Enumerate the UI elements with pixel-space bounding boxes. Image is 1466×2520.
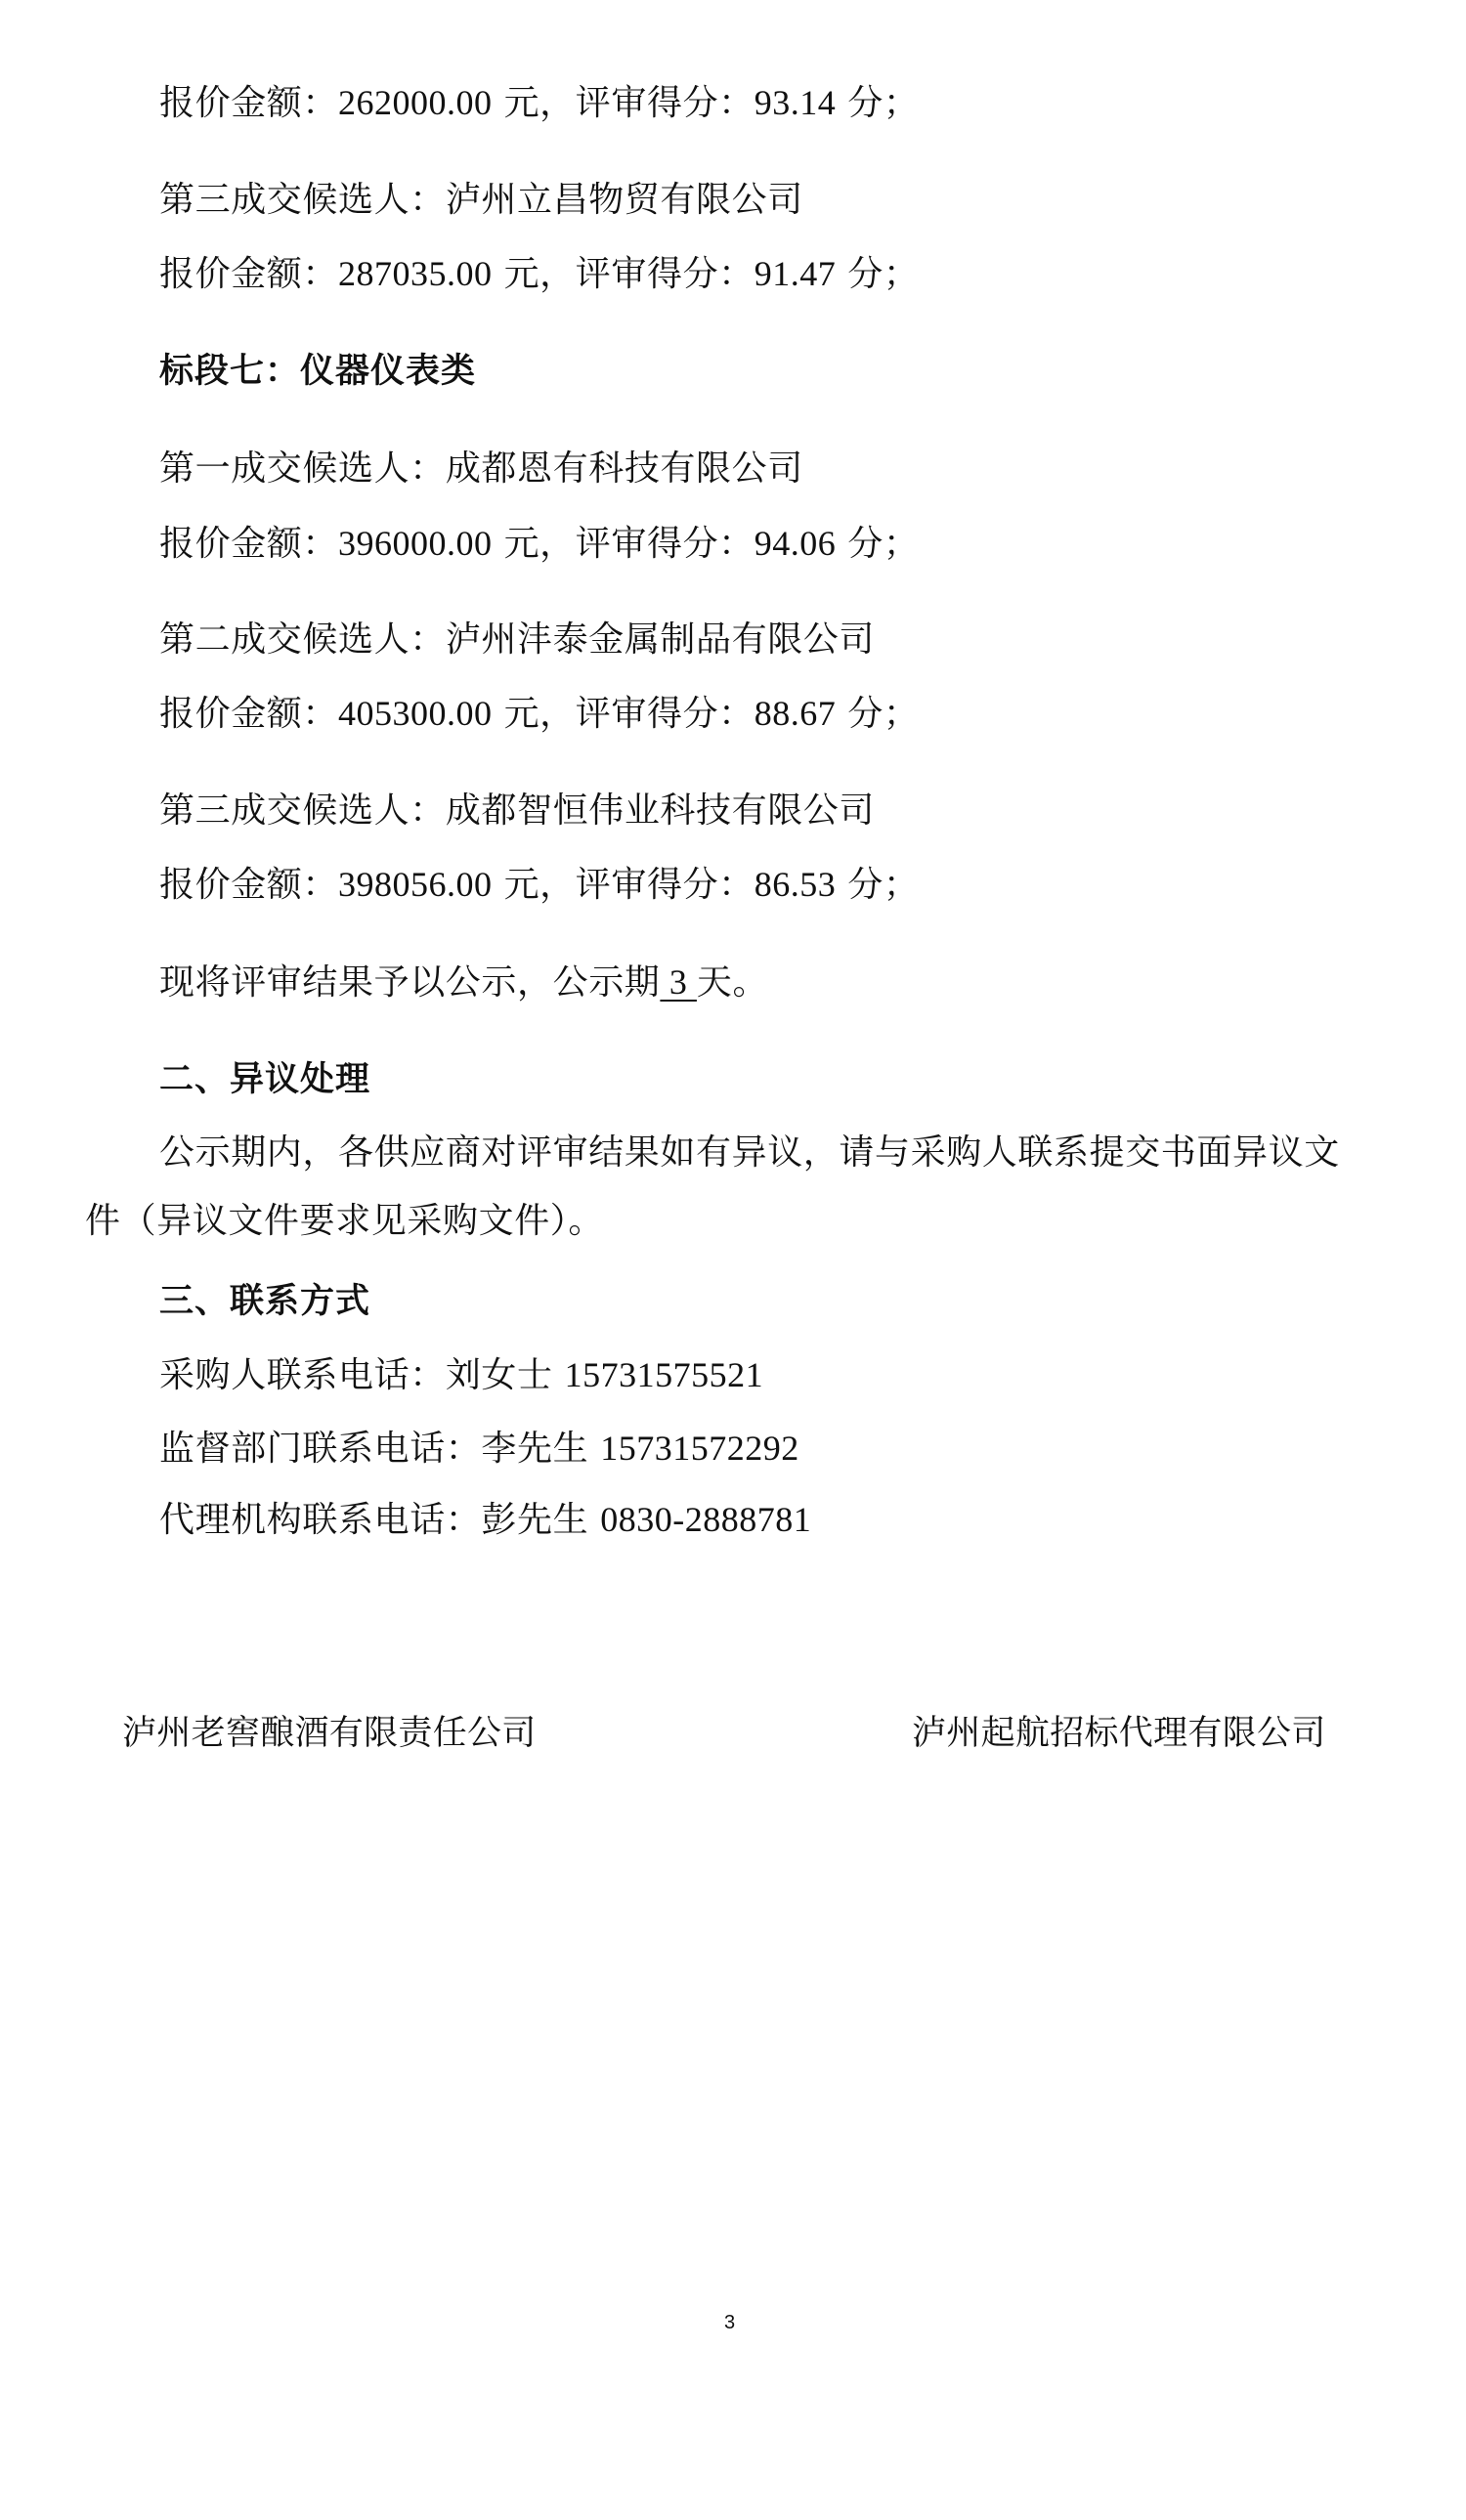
score-value: 93.14 [755, 83, 837, 122]
candidate-rank-label: 第二成交候选人： [159, 619, 446, 660]
objection-paragraph-line2: 件（异议文件要求见采购文件）。 [85, 1199, 604, 1244]
contact-label: 采购人联系电话： [159, 1355, 446, 1395]
objection-paragraph-line1: 公示期内，各供应商对评审结果如有异议，请与采购人联系提交书面异议文 [159, 1131, 1340, 1175]
candidate-line-third: 第三成交候选人：成都智恒伟业科技有限公司 [159, 789, 875, 833]
quote-amount: 262000.00 [338, 83, 493, 122]
quote-line-second: 报价金额：405300.00 元，评审得分：88.67 分； [159, 691, 920, 736]
candidate-line-second: 第二成交候选人：泸州沣泰金属制品有限公司 [159, 618, 875, 662]
publicity-days: 3 [660, 960, 697, 1004]
candidate-line-first: 第一成交候选人：成都恩有科技有限公司 [159, 447, 803, 491]
quote-unit-score-label: 元，评审得分： [504, 254, 755, 294]
score-value: 94.06 [755, 524, 837, 563]
contact-phone: 15731575521 [565, 1355, 764, 1394]
contact-phone: 0830-2888781 [600, 1500, 811, 1539]
contact-label: 监督部门联系电话： [159, 1429, 481, 1469]
score-unit: 分； [847, 254, 919, 294]
contact-purchaser: 采购人联系电话：刘女士 15731575521 [159, 1352, 763, 1397]
quote-amount: 287035.00 [338, 254, 493, 293]
candidate-name: 泸州立昌物贸有限公司 [446, 180, 803, 220]
candidate-rank-label: 第三成交候选人： [159, 180, 446, 220]
quote-unit-score-label: 元，评审得分： [504, 524, 755, 564]
score-unit: 分； [847, 694, 919, 734]
score-value: 91.47 [755, 254, 837, 293]
quote-label: 报价金额： [159, 83, 338, 123]
contact-phone: 15731572292 [600, 1429, 799, 1468]
section-seven-title: 标段七：仪器仪表类 [159, 349, 476, 394]
score-unit: 分； [847, 865, 919, 905]
page-number: 3 [724, 2311, 735, 2334]
quote-line-third: 报价金额：398056.00 元，评审得分：86.53 分； [159, 862, 920, 907]
objection-title: 二、异议处理 [159, 1057, 370, 1102]
score-unit: 分； [847, 83, 919, 123]
candidate-name: 成都智恒伟业科技有限公司 [446, 790, 875, 831]
contact-person: 刘女士 [446, 1355, 553, 1395]
quote-amount: 398056.00 [338, 865, 493, 904]
candidate-name: 泸州沣泰金属制品有限公司 [446, 619, 875, 660]
contact-agency: 代理机构联系电话：彭先生 0830-2888781 [159, 1497, 811, 1542]
score-unit: 分； [847, 524, 919, 564]
publicity-text-before: 现将评审结果予以公示，公示期 [159, 962, 660, 1003]
contact-title: 三、联系方式 [159, 1279, 370, 1324]
score-value: 88.67 [755, 694, 837, 733]
quote-label: 报价金额： [159, 694, 338, 734]
contact-person: 李先生 [481, 1429, 588, 1469]
publicity-notice: 现将评审结果予以公示，公示期 3 天。 [159, 960, 768, 1004]
quote-line-first: 报价金额：396000.00 元，评审得分：94.06 分； [159, 521, 920, 566]
candidate-rank-label: 第三成交候选人： [159, 790, 446, 831]
score-value: 86.53 [755, 865, 837, 904]
quote-label: 报价金额： [159, 524, 338, 564]
quote-line-section6-second: 报价金额：262000.00 元，评审得分：93.14 分； [159, 80, 920, 125]
candidate-rank-label: 第一成交候选人： [159, 448, 446, 489]
quote-unit-score-label: 元，评审得分： [504, 865, 755, 905]
quote-unit-score-label: 元，评审得分： [504, 694, 755, 734]
contact-label: 代理机构联系电话： [159, 1500, 481, 1540]
quote-label: 报价金额： [159, 254, 338, 294]
quote-unit-score-label: 元，评审得分： [504, 83, 755, 123]
contact-person: 彭先生 [481, 1500, 588, 1540]
candidate-line-section6-third: 第三成交候选人：泸州立昌物贸有限公司 [159, 178, 803, 223]
quote-amount: 405300.00 [338, 694, 493, 733]
publicity-text-after: 天。 [697, 962, 768, 1003]
quote-amount: 396000.00 [338, 524, 493, 563]
quote-line-section6-third: 报价金额：287035.00 元，评审得分：91.47 分； [159, 251, 920, 296]
document-page: 报价金额：262000.00 元，评审得分：93.14 分； 第三成交候选人：泸… [0, 0, 1466, 2520]
candidate-name: 成都恩有科技有限公司 [446, 448, 803, 489]
signature-purchaser: 泸州老窖酿酒有限责任公司 [122, 1711, 537, 1756]
quote-label: 报价金额： [159, 865, 338, 905]
contact-supervisor: 监督部门联系电话：李先生 15731572292 [159, 1426, 799, 1471]
signature-agency: 泸州起航招标代理有限公司 [912, 1711, 1326, 1756]
